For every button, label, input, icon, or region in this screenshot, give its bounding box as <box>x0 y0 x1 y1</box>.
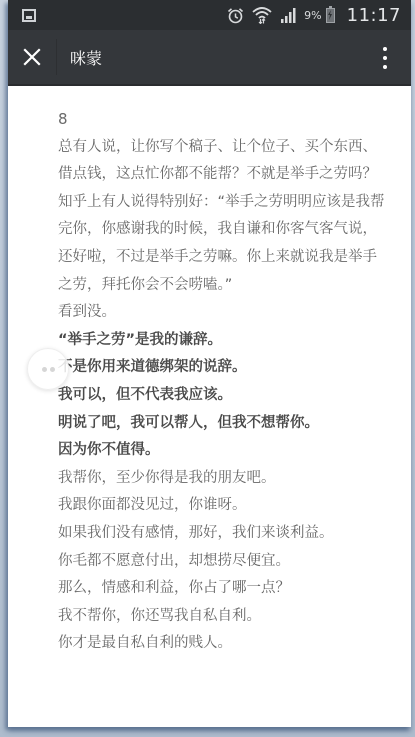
phone-screen: 9% 11:17 咪蒙 8 总有人说，让你写个稿子、让个位子、买个东西、借点钱，… <box>8 0 411 727</box>
paragraph: 你才是最自私自利的贱人。 <box>58 630 387 658</box>
paragraph: 看到没。 <box>58 299 387 327</box>
bold-paragraph: “举手之劳”是我的谦辞。 <box>58 327 387 355</box>
bold-paragraph: 不是你用来道德绑架的说辞。 <box>58 354 387 382</box>
more-vertical-icon-dot <box>383 56 387 60</box>
paragraph: 我跟你面都没见过，你谁呀。 <box>58 492 387 520</box>
wifi-icon <box>252 6 272 24</box>
gallery-icon <box>22 9 36 22</box>
floating-window-button[interactable] <box>27 348 69 390</box>
paragraph: 我帮你，至少你得是我的朋友吧。 <box>58 465 387 493</box>
section-number: 8 <box>58 106 387 134</box>
more-options-button[interactable] <box>367 30 403 86</box>
paragraph: 你毛都不愿意付出，却想捞尽便宜。 <box>58 548 387 576</box>
battery-percent: 9% <box>304 9 321 22</box>
close-button[interactable] <box>8 29 56 85</box>
floating-window-icon <box>42 367 47 372</box>
floating-window-icon-dot <box>50 367 55 372</box>
app-bar-divider <box>56 39 57 75</box>
more-vertical-icon-dot <box>383 65 387 69</box>
more-vertical-icon <box>383 47 387 51</box>
close-icon <box>23 48 41 66</box>
bold-paragraph: 明说了吧，我可以帮人，但我不想帮你。 <box>58 410 387 438</box>
bold-paragraph: 因为你不值得。 <box>58 437 387 465</box>
paragraph: 总有人说，让你写个稿子、让个位子、买个东西、借点钱，这点忙你都不能帮？不就是举手… <box>58 134 387 189</box>
app-bar: 咪蒙 <box>8 30 411 86</box>
paragraph: 如果我们没有感情，那好，我们来谈利益。 <box>58 520 387 548</box>
status-bar: 9% 11:17 <box>8 0 411 30</box>
alarm-icon <box>227 7 244 24</box>
paragraph: 知乎上有人说得特别好：“举手之劳明明应该是我帮完你，你感谢我的时候，我自谦和你客… <box>58 189 387 299</box>
page-title: 咪蒙 <box>70 46 102 69</box>
battery-charging-icon <box>326 8 335 23</box>
paragraph: 我不帮你，你还骂我自私自利。 <box>58 603 387 631</box>
paragraph: 那么，情感和利益，你占了哪一点？ <box>58 575 387 603</box>
bold-paragraph: 我可以，但不代表我应该。 <box>58 382 387 410</box>
signal-icon <box>280 7 296 23</box>
clock: 11:17 <box>347 5 401 26</box>
